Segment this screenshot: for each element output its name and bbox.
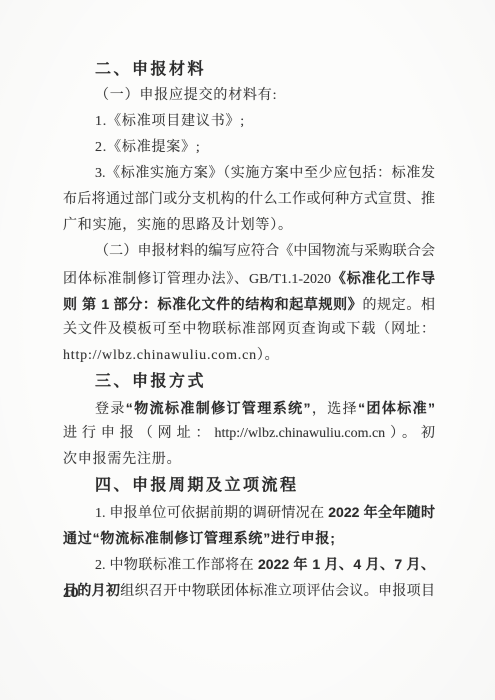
text-segment: 关文件及模板可至中物联标准部网页查询或下载（网址：: [63, 322, 435, 337]
text-line: 团体标准制修订管理办法》、GB/T1.1-2020《标准化工作导: [63, 265, 435, 291]
section-heading: 四、申报周期及立项流程: [63, 473, 435, 499]
text-segment: ，选择: [311, 402, 359, 417]
text-segment: 登录: [95, 402, 126, 417]
text-segment: 1. 申报单位可依据前期的调研情况在: [95, 506, 328, 521]
text-line: 3.《标准实施方案》（实施方案中至少应包括：标准发: [63, 161, 435, 187]
text-segment: 2. 中物联标准工作部将在: [95, 558, 258, 573]
text-line: （二）申报材料的编写应符合《中国物流与采购联合会: [63, 239, 435, 265]
text-segment: 次申报需先注册。: [63, 452, 181, 467]
text-segment: 的规定。相: [362, 298, 435, 313]
text-line: 通过“物流标准制修订管理系统”进行申报;: [63, 525, 435, 551]
emphasis-text: 月的月初: [63, 582, 120, 598]
text-segment: （一）申报应提交的材料有:: [95, 88, 277, 103]
text-line: 进行申报（网址：http://wlbz.chinawuliu.com.cn）。初: [63, 421, 435, 447]
text-line: 1.《标准项目建议书》;: [63, 109, 435, 135]
text-line: 2. 中物联标准工作部将在 2022 年 1 月、4 月、7 月、10: [63, 551, 435, 577]
text-segment: 2.《标准提案》;: [95, 140, 201, 155]
text-segment: 布后将通过部门或分支机构的什么工作或何种方式宣贯、推: [63, 192, 435, 207]
text-segment: 组织召开中物联团体标准立项评估会议。申报项目: [120, 584, 435, 599]
emphasis-text: 二、申报材料: [95, 61, 206, 78]
text-segment: （二）申报材料的编写应符合《中国物流与采购联合会: [95, 244, 435, 259]
emphasis-text: “团体标准”: [358, 400, 435, 416]
text-segment: 进行申报（网址：http://wlbz.chinawuliu.com.cn）。初: [63, 426, 435, 441]
emphasis-text: 2022 年全年随时: [328, 504, 435, 520]
document-text-block: 二、申报材料（一）申报应提交的材料有:1.《标准项目建议书》;2.《标准提案》;…: [63, 57, 435, 603]
text-line: 则 第 1 部分：标准化文件的结构和起草规则》的规定。相: [63, 291, 435, 317]
text-segment: 广和实施，实施的思路及计划等）。: [63, 218, 293, 233]
scanned-document-page: 二、申报材料（一）申报应提交的材料有:1.《标准项目建议书》;2.《标准提案》;…: [0, 0, 495, 700]
emphasis-text: 《标准化工作导: [331, 270, 435, 286]
text-line: 广和实施，实施的思路及计划等）。: [63, 213, 435, 239]
section-heading: 三、申报方式: [63, 369, 435, 395]
emphasis-text: 则 第 1 部分：标准化文件的结构和起草规则》: [63, 296, 362, 312]
text-segment: 3.《标准实施方案》（实施方案中至少应包括：标准发: [95, 166, 435, 181]
text-line: 2.《标准提案》;: [63, 135, 435, 161]
text-line: 关文件及模板可至中物联标准部网页查询或下载（网址：: [63, 317, 435, 343]
emphasis-text: 三、申报方式: [95, 373, 206, 390]
text-line: 次申报需先注册。: [63, 447, 435, 473]
text-line: 登录“物流标准制修订管理系统”，选择“团体标准”: [63, 395, 435, 421]
emphasis-text: 四、申报周期及立项流程: [95, 477, 299, 494]
text-segment: 1.《标准项目建议书》;: [95, 114, 245, 129]
text-line: （一）申报应提交的材料有:: [63, 83, 435, 109]
emphasis-text: 通过“物流标准制修订管理系统”进行申报;: [63, 530, 336, 546]
text-line: 布后将通过部门或分支机构的什么工作或何种方式宣贯、推: [63, 187, 435, 213]
emphasis-text: “物流标准制修订管理系统”: [126, 400, 311, 416]
text-line: 月的月初组织召开中物联团体标准立项评估会议。申报项目: [63, 577, 435, 603]
text-segment: http://wlbz.chinawuliu.com.cn）。: [63, 348, 280, 363]
section-heading: 二、申报材料: [63, 57, 435, 83]
text-line: 1. 申报单位可依据前期的调研情况在 2022 年全年随时: [63, 499, 435, 525]
text-line: http://wlbz.chinawuliu.com.cn）。: [63, 343, 435, 369]
text-segment: 团体标准制修订管理办法》、GB/T1.1-2020: [63, 272, 331, 287]
